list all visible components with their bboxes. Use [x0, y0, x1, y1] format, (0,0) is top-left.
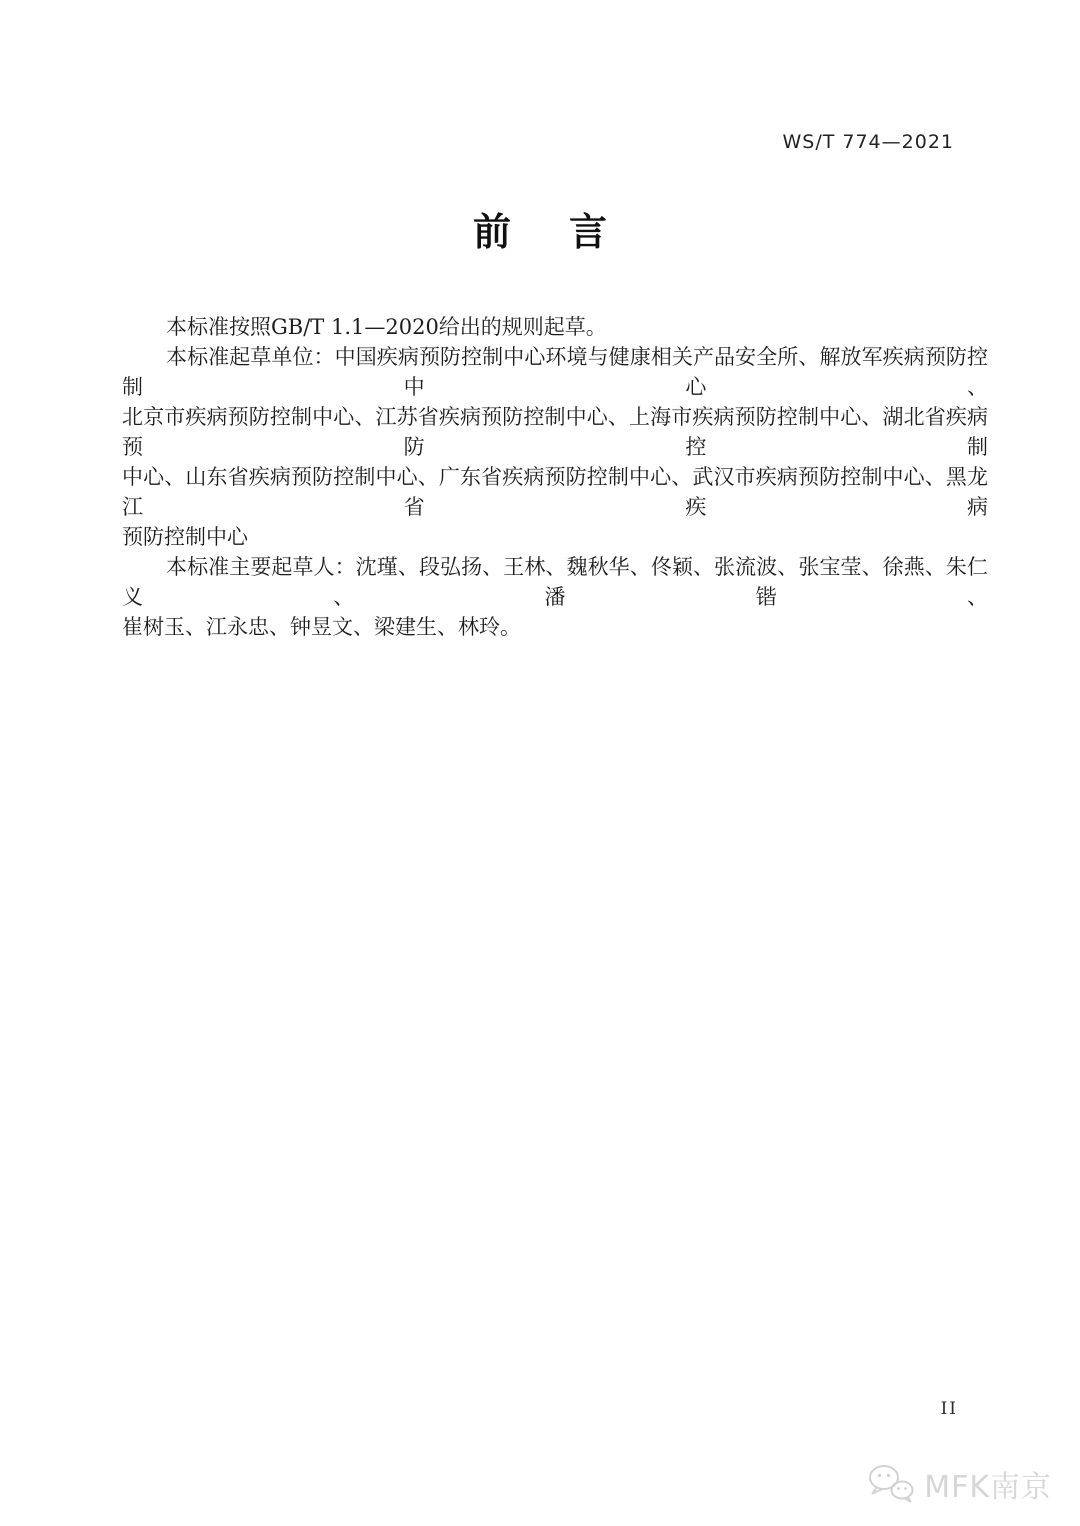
doc-number: WS/T 774—2021	[782, 131, 954, 153]
document-body: 本标准按照GB/T 1.1—2020给出的规则起草。 本标准起草单位：中国疾病预…	[122, 312, 988, 642]
paragraph-2-line-4: 预防控制中心	[122, 522, 988, 552]
page-title-char-1: 前	[473, 210, 511, 254]
watermark: MFK南京	[867, 1462, 1052, 1506]
page-number: II	[941, 1399, 958, 1419]
wechat-icon	[867, 1463, 917, 1505]
paragraph-3-line-2: 崔树玉、江永忠、钟昱文、梁建生、林玲。	[122, 612, 988, 642]
paragraph-3-line-1: 本标准主要起草人：沈瑾、段弘扬、王林、魏秋华、佟颖、张流波、张宝莹、徐燕、朱仁义…	[122, 552, 988, 612]
paragraph-2-line-2: 北京市疾病预防控制中心、江苏省疾病预防控制中心、上海市疾病预防控制中心、湖北省疾…	[122, 402, 988, 462]
document-page: WS/T 774—2021 前言 本标准按照GB/T 1.1—2020给出的规则…	[0, 0, 1080, 1526]
watermark-text: MFK南京	[924, 1462, 1052, 1506]
page-title-char-2: 言	[569, 210, 607, 254]
paragraph-2-line-1: 本标准起草单位：中国疾病预防控制中心环境与健康相关产品安全所、解放军疾病预防控制…	[122, 342, 988, 402]
paragraph-2-line-3: 中心、山东省疾病预防控制中心、广东省疾病预防控制中心、武汉市疾病预防控制中心、黑…	[122, 462, 988, 522]
page-title: 前言	[0, 210, 1080, 254]
paragraph-1-line-1: 本标准按照GB/T 1.1—2020给出的规则起草。	[122, 312, 988, 342]
